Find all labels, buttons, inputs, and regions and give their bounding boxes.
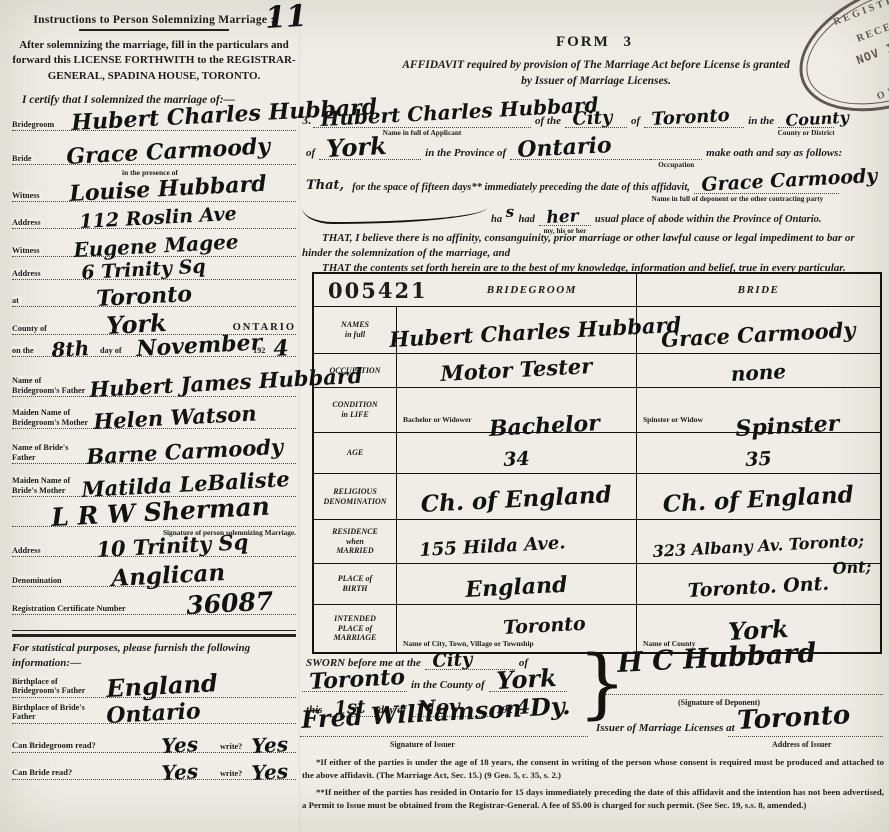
issuer-address-handwritten: Toronto — [737, 702, 851, 734]
religion-bridegroom-handwritten: Ch. of England — [420, 483, 612, 516]
month-handwritten: November — [136, 332, 263, 361]
field-label: Birthplace of Bridegroom's Father — [12, 677, 93, 696]
affidavit-line-4: ha s had her my, his or her usual place … — [302, 200, 885, 226]
row-label-line: CONDITION — [332, 400, 377, 410]
field-row-can-bride-read: Can Bride read? Yes write? Yes — [12, 758, 296, 785]
field-row-bridegroom-father: Name of Bridegroom's Father Hubert James… — [12, 362, 296, 402]
city-town-sublabel: Name of City, Town, Village or Township — [403, 639, 534, 648]
names-bride-cell: Grace Carmoody — [637, 307, 880, 353]
county-handwritten: York — [326, 134, 388, 161]
residence-bride-handwritten: 323 Albany Av. Toronto; — [652, 533, 864, 560]
issuer-signature-line — [300, 736, 588, 737]
religion-bridegroom-cell: Ch. of England — [397, 474, 637, 519]
footnote-consent: *If either of the parties is under the a… — [302, 756, 884, 782]
printed-in-county-of: in the County of — [407, 679, 489, 692]
table-row-residence: RESIDENCE when MARRIED 155 Hilda Ave. 32… — [314, 520, 880, 564]
printed-of: of — [627, 115, 644, 128]
row-label: INTENDED PLACE of MARRIAGE — [314, 605, 397, 652]
occupation-bride-cell: none — [637, 354, 880, 387]
religion-bride-handwritten: Ch. of England — [662, 483, 854, 516]
affidavit-line-1: 3. Hubert Charles Hubbard Name in full o… — [302, 102, 885, 128]
deponent-blank: Grace Carmoody Name in full of deponent … — [694, 179, 839, 194]
row-label-line: INTENDED — [334, 614, 376, 624]
issuer-signature-sublabel: Signature of Issuer — [390, 740, 455, 749]
birthplace-bg-father-handwritten: England — [106, 671, 219, 701]
affidavit-line-2: of York in the Province of Ontario Occup… — [302, 134, 885, 160]
bridegroom-write-handwritten: Yes — [251, 734, 289, 756]
names-bridegroom-cell: Hubert Charles Hubbard — [397, 307, 637, 353]
field-row-bride: Bride Grace Carmoody in the presence of — [12, 136, 296, 170]
sworn-place-handwritten: Toronto — [309, 666, 406, 693]
table-row-age: AGE 34 35 — [314, 433, 880, 474]
affidavit-line-3: That, for the space of fifteen days** im… — [302, 168, 885, 194]
field-label: Bride — [12, 154, 35, 163]
field-label: Address — [12, 218, 44, 227]
row-label-line: MARRIAGE — [334, 633, 377, 643]
row-label-line: RELIGIOUS — [333, 487, 377, 497]
field-label: Name of Bridegroom's Father — [12, 376, 93, 395]
table-row-religion: RELIGIOUS DENOMINATION Ch. of England Ch… — [314, 474, 880, 520]
field-label: Bridegroom — [12, 120, 57, 129]
row-label-line: PLACE of — [338, 574, 372, 584]
age-bride-cell: 35 — [637, 433, 880, 473]
table-row-birthplace: PLACE of BIRTH England Toronto. Ont. — [314, 564, 880, 605]
row-label-line: DENOMINATION — [323, 497, 386, 507]
age-bride-handwritten: 35 — [744, 450, 771, 470]
field-label: Denomination — [12, 576, 65, 585]
field-row-address-2: Address 6 Trinity Sq — [12, 262, 296, 285]
field-row-address-1: Address 112 Roslin Ave — [12, 207, 296, 234]
printed-had: had — [515, 214, 539, 226]
printed-abode: usual place of abode within the Province… — [591, 214, 826, 226]
year-digit-handwritten: 4 — [273, 337, 289, 360]
residence-bridegroom-handwritten: 155 Hilda Ave. — [418, 534, 565, 560]
age-bridegroom-handwritten: 34 — [502, 450, 529, 470]
bachelor-widower-sublabel: Bachelor or Widower — [403, 415, 472, 424]
field-row-date: on the day of 192 8th November 4 — [12, 340, 296, 362]
printed-fifteen-days: for the space of fifteen days** immediat… — [348, 182, 694, 194]
field-label: Maiden Name of Bridegroom's Mother — [12, 408, 93, 427]
locality-blank: City — [565, 113, 627, 128]
age-bridegroom-cell: 34 — [397, 433, 637, 473]
field-label: Address — [12, 546, 44, 555]
religion-bride-cell: Ch. of England — [637, 474, 880, 519]
locality-handwritten: City — [572, 109, 613, 129]
bride-read-handwritten: Yes — [161, 761, 199, 783]
field-row-birthplace-bride-father: Birthplace of Bride's Father Ontario — [12, 703, 296, 729]
row-label: NAMES in full — [314, 307, 397, 353]
field-label: at — [12, 296, 22, 305]
field-label: Registration Certificate Number — [12, 604, 129, 613]
field-row-bride-father: Name of Bride's Father Barne Carmoody — [12, 434, 296, 469]
field-label: Can Bridegroom read? — [12, 741, 99, 751]
field-label: Can Bride read? — [12, 768, 75, 778]
field-row-witness-1: Witness Louise Hubbard — [12, 170, 296, 207]
issuer-address-sublabel: Address of Issuer — [772, 740, 831, 749]
row-label-line: in LIFE — [341, 410, 368, 420]
instructions-title: Instructions to Person Solemnizing Marri… — [12, 14, 296, 26]
s-handwritten: s — [505, 205, 514, 220]
deponent-handwritten: Grace Carmoody — [701, 167, 878, 195]
bride-write-handwritten: Yes — [251, 761, 289, 783]
printed-issuer-of-licenses: Issuer of Marriage Licenses at — [592, 722, 739, 735]
sworn-county-blank: York — [489, 677, 567, 692]
row-label-line: MARRIED — [336, 546, 373, 556]
names-bride-handwritten: Grace Carmoody — [660, 319, 855, 350]
row-label: RELIGIOUS DENOMINATION — [314, 474, 397, 519]
table-row-names: NAMES in full Hubert Charles Hubbard Gra… — [314, 307, 880, 354]
row-label-line: PLACE of — [338, 624, 372, 634]
printed-that-lead: That, — [302, 179, 348, 194]
row-label-line: BIRTH — [343, 584, 368, 594]
table-row-condition: CONDITION in LIFE Bachelor or Widower Ba… — [314, 388, 880, 433]
pronoun-handwritten: her — [546, 208, 579, 227]
table-row-occupation: OCCUPATION Motor Tester none — [314, 354, 880, 388]
sworn-line-2: Toronto in the County of York — [302, 668, 578, 692]
condition-bride-cell: Spinster or Widow Spinster — [637, 388, 880, 432]
condition-bridegroom-cell: Bachelor or Widower Bachelor — [397, 388, 637, 432]
denomination-handwritten: Anglican — [111, 561, 226, 590]
birthplace-bride-handwritten: Toronto. Ont. — [687, 575, 829, 601]
field-label: Birthplace of Bride's Father — [12, 703, 93, 722]
birthplace-bride-cell: Toronto. Ont. — [637, 564, 880, 604]
bridegroom-read-handwritten: Yes — [161, 734, 199, 756]
bride-column-header: BRIDE — [738, 284, 780, 296]
county-blank: York — [319, 145, 421, 160]
field-label: Address — [12, 269, 44, 278]
row-label-line: AGE — [347, 448, 363, 458]
occupation-bridegroom-handwritten: Motor Tester — [439, 355, 592, 384]
printed-of: of — [302, 147, 319, 160]
residence-bride-cell: 323 Albany Av. Toronto; Ont; — [637, 520, 880, 563]
occupation-bride-handwritten: none — [730, 361, 786, 384]
row-label: PLACE of BIRTH — [314, 564, 397, 604]
field-row-bridegroom: Bridegroom Hubert Charles Hubbard — [12, 106, 296, 136]
pronoun-blank: her my, his or her — [539, 211, 591, 226]
field-row-solemnizer-signature: L R W Sherman Signature of person solemn… — [12, 502, 296, 532]
registration-number-handwritten: 36087 — [186, 589, 274, 619]
birthplace-br-father-handwritten: Ontario — [106, 700, 201, 727]
field-label: Witness — [12, 191, 43, 200]
place-handwritten: Toronto — [651, 107, 730, 129]
row-label-line: in full — [345, 330, 365, 340]
affidavit-heading-line-2: by Issuer of Marriage Licenses. — [322, 73, 870, 89]
field-label: Name of Bride's Father — [12, 443, 93, 462]
sworn-place-blank: Toronto — [302, 677, 407, 692]
statistics-heading: For statistical purposes, please furnish… — [12, 641, 296, 671]
table-header-right: BRIDE — [637, 274, 880, 306]
printed-province-label: in the Province of — [421, 147, 510, 160]
row-label: CONDITION in LIFE — [314, 388, 397, 432]
table-header-row: 005421 BRIDEGROOM BRIDE — [314, 274, 880, 307]
province-blank: Ontario — [510, 145, 650, 160]
day-of-label: day of — [97, 346, 125, 355]
row-label: RESIDENCE when MARRIED — [314, 520, 397, 563]
marriage-city-handwritten: Toronto — [96, 283, 193, 310]
residence-bridegroom-cell: 155 Hilda Ave. — [397, 520, 637, 563]
affidavit-heading-line-1: AFFIDAVIT required by provision of The M… — [322, 57, 870, 73]
write-label: write? — [217, 742, 245, 751]
row-label: AGE — [314, 433, 397, 473]
printed-in-the: in the — [744, 115, 778, 128]
printed-ha: ha — [487, 214, 506, 226]
field-label: Witness — [12, 246, 43, 255]
row-label-line: NAMES — [341, 320, 369, 330]
instructions-body: After solemnizing the marriage, fill in … — [12, 38, 296, 84]
field-row-can-bridegroom-read: Can Bridegroom read? Yes write? Yes — [12, 729, 296, 758]
table-header-left: 005421 BRIDEGROOM — [314, 274, 637, 306]
day-handwritten: 8th — [51, 338, 90, 360]
province-handwritten: Ontario — [517, 134, 612, 161]
birthplace-bridegroom-handwritten: England — [464, 574, 567, 601]
title-underline — [79, 29, 229, 31]
date-pre-label: on the — [12, 346, 37, 355]
row-label-line: when — [346, 537, 364, 547]
field-label: County of — [12, 324, 50, 333]
place-blank: Toronto — [644, 113, 744, 128]
intended-city-handwritten: Toronto — [503, 615, 586, 638]
clause-no-impediment: THAT, I believe there is no affinity, co… — [302, 231, 886, 261]
footnote-residency: **If neither of the parties has resided … — [302, 786, 884, 812]
pen-flourish — [302, 206, 487, 224]
bridegroom-bride-table: 005421 BRIDEGROOM BRIDE NAMES in full Hu… — [312, 272, 882, 654]
row-label-line: RESIDENCE — [332, 527, 378, 537]
spinster-widow-sublabel: Spinster or Widow — [643, 415, 703, 424]
birthplace-bridegroom-cell: England — [397, 564, 637, 604]
section-divider — [12, 630, 296, 637]
affidavit-panel: FORM 3 AFFIDAVIT required by provision o… — [300, 0, 889, 832]
write-label: write? — [217, 769, 245, 778]
occupation-bridegroom-cell: Motor Tester — [397, 354, 637, 387]
marriage-affidavit-document: 11 Instructions to Person Solemnizing Ma… — [0, 0, 889, 832]
printed-oath: make oath and say as follows: — [702, 147, 846, 160]
affidavit-heading: AFFIDAVIT required by provision of The M… — [322, 57, 870, 89]
solemnizer-certificate-panel: Instructions to Person Solemnizing Marri… — [12, 14, 296, 785]
deponent-signature-line — [605, 694, 883, 695]
issuer-address-line — [728, 736, 883, 737]
serial-number: 005421 — [328, 278, 428, 303]
occupation-blank: Occupation — [650, 145, 702, 160]
field-row-bridegroom-mother: Maiden Name of Bridegroom's Mother Helen… — [12, 402, 296, 434]
bridegroom-column-header: BRIDEGROOM — [487, 284, 577, 296]
sworn-county-handwritten: York — [495, 666, 557, 693]
field-row-birthplace-bridegroom-father: Birthplace of Bridegroom's Father Englan… — [12, 671, 296, 703]
field-row-registration-number: Registration Certificate Number 36087 — [12, 592, 296, 620]
